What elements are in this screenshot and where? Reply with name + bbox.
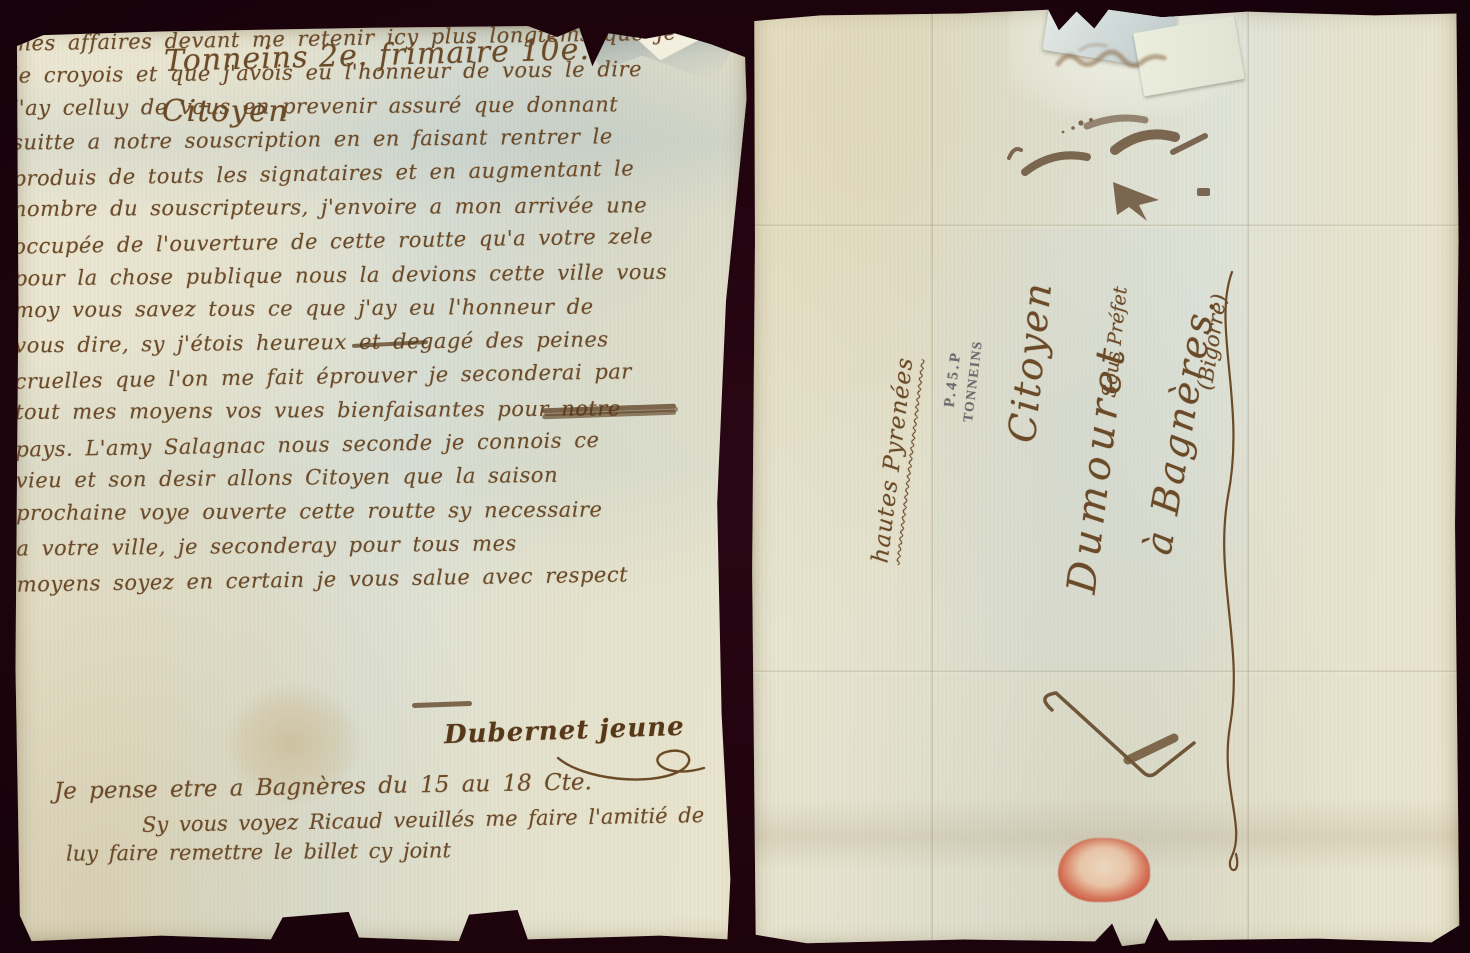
letter-line: le croyois et que j'avois eu l'honneur d… bbox=[11, 56, 687, 97]
letter-line: prochaine voye ouverte cette routte sy n… bbox=[16, 497, 692, 535]
letter-verso-address-page: P.45.P TONNEINS hautes Pyrenées Citoyen … bbox=[750, 6, 1460, 948]
postscript-line: Je pense etre a Bagnères du 15 au 18 Cte… bbox=[54, 769, 592, 804]
letter-line: moy vous savez tous ce que j'ay eu l'hon… bbox=[14, 294, 690, 332]
ink-strikethrough bbox=[412, 701, 472, 708]
fold-crease-horizontal bbox=[750, 224, 1460, 228]
address-underline-flourish bbox=[1202, 264, 1257, 889]
letter-line: j'ay celluy de vous en prevenir assuré q… bbox=[12, 92, 688, 130]
department-annotation: hautes Pyrenées bbox=[853, 274, 934, 646]
fold-crease-vertical bbox=[931, 6, 935, 948]
manuscript-rate-marks bbox=[995, 106, 1225, 221]
ink-offset-smudge bbox=[1050, 36, 1180, 80]
letter-recto-page: Tonneins 2e. frimaire 10e. Citoyen mes a… bbox=[14, 26, 748, 943]
address-salutation: Citoyen bbox=[994, 263, 1066, 461]
postmark-stamp: P.45.P TONNEINS bbox=[932, 321, 994, 440]
photograph-dark-backdrop: Tonneins 2e. frimaire 10e. Citoyen mes a… bbox=[0, 0, 1470, 953]
address-recipient-name: Dumouret bbox=[1047, 271, 1146, 664]
postscript-line: Sy vous voyez Ricaud veuillés me faire l… bbox=[142, 803, 705, 837]
letter-body: mes affaires devant me retenir icy plus … bbox=[11, 22, 693, 604]
postscript-line: luy faire remettre le billet cy joint bbox=[66, 838, 451, 865]
fold-crease-horizontal bbox=[750, 670, 1460, 674]
pen-flourish bbox=[1030, 686, 1200, 786]
wax-seal-remnant bbox=[1058, 838, 1150, 902]
